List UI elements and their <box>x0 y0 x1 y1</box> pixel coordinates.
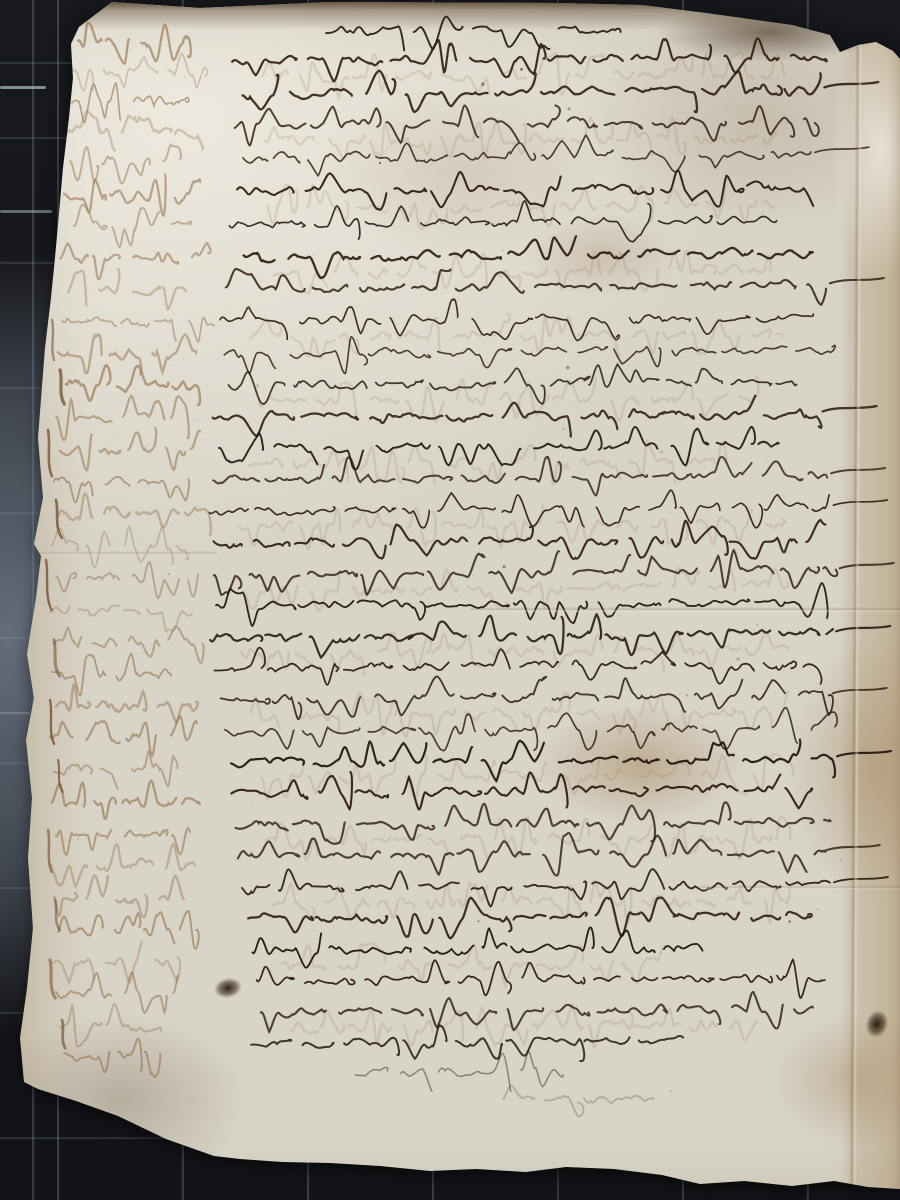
manuscript-page <box>0 0 900 1200</box>
bleedthrough-writing <box>236 51 795 1050</box>
left-edge-showthrough-strokes <box>46 320 65 1048</box>
margin-bleedthrough-writing <box>50 23 214 1077</box>
manuscript-page-wrapper <box>0 0 900 1200</box>
handwriting-layer <box>0 0 900 1200</box>
manuscript-photo <box>0 0 900 1200</box>
